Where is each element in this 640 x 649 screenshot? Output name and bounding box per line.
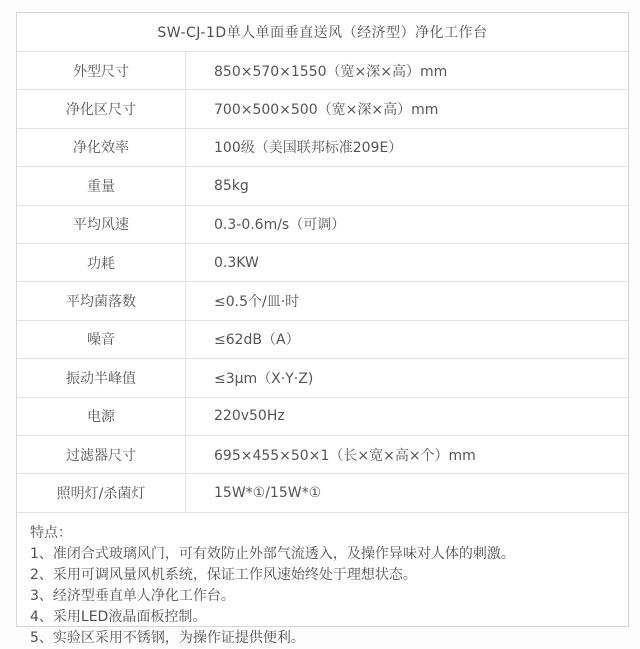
- table-row: 过滤器尺寸 695×455×50×1（长×宽×高×个）mm: [17, 436, 628, 474]
- product-title: SW-CJ-1D单人单面垂直送风（经济型）净化工作台: [17, 13, 628, 52]
- spec-label: 功耗: [17, 244, 186, 281]
- spec-value: 700×500×500（宽×深×高）mm: [186, 90, 628, 127]
- spec-value: 15W*①/15W*①: [186, 474, 628, 511]
- spec-value: 220v50Hz: [186, 398, 628, 435]
- spec-label: 净化效率: [17, 129, 186, 166]
- feature-item: 1、准闭合式玻璃风门，可有效防止外部气流透入，及操作异味对人体的刺激。: [30, 544, 612, 565]
- table-row: 净化区尺寸 700×500×500（宽×深×高）mm: [17, 90, 628, 128]
- spec-value: 0.3-0.6m/s（可调）: [186, 206, 628, 243]
- spec-label: 噪音: [17, 321, 186, 358]
- spec-value: ≤0.5个/皿·时: [186, 282, 628, 319]
- spec-value: 85kg: [186, 167, 628, 204]
- feature-item: 2、采用可调风量风机系统，保证工作风速始终处于理想状态。: [30, 565, 612, 586]
- table-row: 净化效率 100级（美国联邦标准209E）: [17, 129, 628, 167]
- product-spec-table: SW-CJ-1D单人单面垂直送风（经济型）净化工作台 外型尺寸 850×570×…: [16, 12, 629, 627]
- spec-label: 振动半峰值: [17, 359, 186, 396]
- spec-value: ≤3μm（X·Y·Z): [186, 359, 628, 396]
- spec-label: 过滤器尺寸: [17, 436, 186, 473]
- spec-value: ≤62dB（A）: [186, 321, 628, 358]
- features-section: 特点： 1、准闭合式玻璃风门，可有效防止外部气流透入，及操作异味对人体的刺激。 …: [17, 513, 628, 649]
- spec-label: 外型尺寸: [17, 52, 186, 89]
- table-row: 平均风速 0.3-0.6m/s（可调）: [17, 206, 628, 244]
- spec-value: 850×570×1550（宽×深×高）mm: [186, 52, 628, 89]
- spec-value: 695×455×50×1（长×宽×高×个）mm: [186, 436, 628, 473]
- spec-label: 平均风速: [17, 206, 186, 243]
- spec-value: 100级（美国联邦标准209E）: [186, 129, 628, 166]
- table-row: 噪音 ≤62dB（A）: [17, 321, 628, 359]
- table-row: 电源 220v50Hz: [17, 398, 628, 436]
- feature-item: 3、经济型垂直单人净化工作台。: [30, 586, 612, 607]
- table-row: 振动半峰值 ≤3μm（X·Y·Z): [17, 359, 628, 397]
- table-row: 外型尺寸 850×570×1550（宽×深×高）mm: [17, 52, 628, 90]
- table-row: 照明灯/杀菌灯 15W*①/15W*①: [17, 474, 628, 512]
- spec-label: 净化区尺寸: [17, 90, 186, 127]
- spec-label: 照明灯/杀菌灯: [17, 474, 186, 511]
- spec-label: 电源: [17, 398, 186, 435]
- feature-item: 5、实验区采用不锈钢，为操作证提供便利。: [30, 628, 612, 649]
- table-row: 平均菌落数 ≤0.5个/皿·时: [17, 282, 628, 320]
- feature-item: 4、采用LED液晶面板控制。: [30, 607, 612, 628]
- spec-label: 重量: [17, 167, 186, 204]
- features-heading: 特点：: [30, 523, 612, 544]
- spec-value: 0.3KW: [186, 244, 628, 281]
- spec-label: 平均菌落数: [17, 282, 186, 319]
- table-row: 功耗 0.3KW: [17, 244, 628, 282]
- table-row: 重量 85kg: [17, 167, 628, 205]
